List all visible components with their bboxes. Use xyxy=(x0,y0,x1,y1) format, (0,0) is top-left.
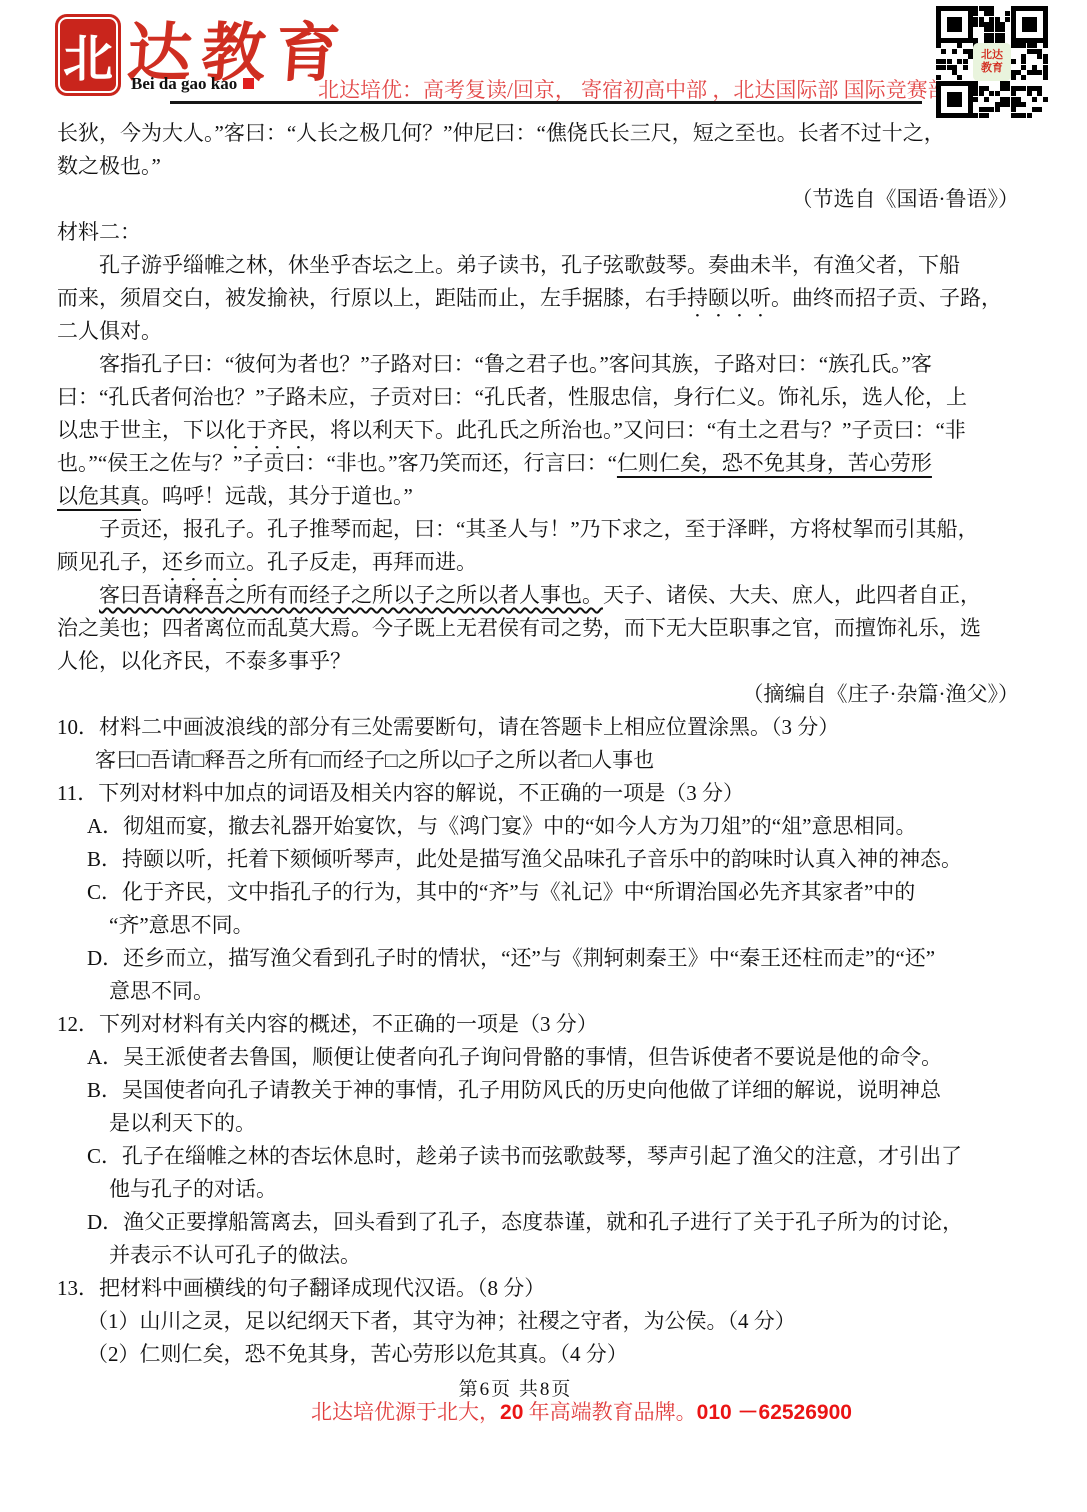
brand-seal-logo: 北 xyxy=(55,14,121,96)
text-line: A．吴王派使者去鲁国，顺便让使者向孔子询问骨骼的事情，但告诉使者不要说是他的命令… xyxy=(57,1041,1035,1074)
text-segment: D．渔父正要撑船篙离去，回头看到了孔子，态度恭谨，就和孔子进行了关于孔子所为的讨… xyxy=(87,1210,963,1234)
qr-module xyxy=(995,107,1000,112)
qr-module xyxy=(989,11,994,16)
text-segment: （节选自《国语·鲁语》） xyxy=(792,187,1020,211)
qr-module xyxy=(1005,102,1010,107)
qr-module xyxy=(1043,97,1048,102)
text-line: 也。”“侯王之佐与？”子贡曰：“非也。”客乃笑而还，行言曰：“仁则仁矣，恐不免其… xyxy=(57,447,1035,480)
text-line: C．化于齐民，文中指孔子的行为，其中的“齐”与《礼记》中“所谓治国必先齐其家者”… xyxy=(57,876,1035,909)
text-line: “齐”意思不同。 xyxy=(57,909,1035,942)
text-segment: B．持颐以听，托着下颏倾听琴声，此处是描写渔父品味孔子音乐中的韵味时认真入神的神… xyxy=(87,847,962,871)
text-line: 曰：“孔氏者何治也？”子路未应，子贡对曰：“孔氏者，性服忠信，身行仁义。饰礼乐，… xyxy=(57,381,1035,414)
qr-module xyxy=(1005,86,1010,91)
text-line: 材料二： xyxy=(57,216,1035,249)
qr-module xyxy=(1037,107,1042,112)
text-line: 治之美也；四者离位而乱莫大焉。今子既上无君侯有司之势，而下无大臣职事之官，而擅饰… xyxy=(57,612,1035,645)
text-line: D．渔父正要撑船篙离去，回头看到了孔子，态度恭谨，就和孔子进行了关于孔子所为的讨… xyxy=(57,1206,1035,1239)
text-segment: C．孔子在缁帷之林的杏坛休息时，趁弟子读书而弦歌鼓琴，琴声引起了渔父的注意，才引… xyxy=(87,1144,962,1168)
text-segment: 客指孔子曰：“彼何为者也？”子路对曰：“鲁之君子也。”客问其族，子路对曰：“族孔… xyxy=(99,352,932,376)
qr-module xyxy=(1021,86,1026,91)
qr-module xyxy=(989,91,994,96)
text-segment: “齐”意思不同。 xyxy=(109,913,254,937)
text-line: 客曰吾请释吾之所有而经子之所以子之所以者人事也。天子、诸侯、大夫、庶人，此四者自… xyxy=(57,579,1035,612)
text-segment-dots: 化于齐民 xyxy=(225,418,309,442)
brand-subtitle-text: Bei da gao kao xyxy=(131,74,237,93)
header-slogan: 北达培优：高考复读/回京， 寄宿初高中部 ，北达国际部 国际竞赛部 xyxy=(318,74,949,104)
text-line: D．还乡而立，描写渔父看到孔子时的情状，“还”与《荆轲刺秦王》中“秦王还柱而走”… xyxy=(57,942,1035,975)
qr-module xyxy=(1027,91,1032,96)
qr-module xyxy=(1005,17,1010,22)
text-segment: A．彻俎而宴，撤去礼器开始宴饮，与《鸿门宴》中的“如今人方为刀俎”的“俎”意思相… xyxy=(87,814,916,838)
qr-module xyxy=(936,75,941,80)
qr-module xyxy=(1032,97,1037,102)
qr-module xyxy=(973,91,978,96)
text-line: （2）仁则仁矣，恐不免其身，苦心劳形以危其真。（4 分） xyxy=(57,1338,1035,1371)
text-line: 10．材料二中画波浪线的部分有三处需要断句，请在答题卡上相应位置涂黑。（3 分） xyxy=(57,711,1035,744)
text-segment: C．化于齐民，文中指孔子的行为，其中的“齐”与《礼记》中“所谓治国必先齐其家者”… xyxy=(87,880,915,904)
qr-module xyxy=(947,59,952,64)
text-segment: 长狄，今为大人。”客曰：“人长之极几何？”仲尼曰：“僬侥氏长三尺，短之至也。长者… xyxy=(57,121,945,145)
qr-module xyxy=(957,43,962,48)
qr-module xyxy=(941,65,946,70)
text-segment: A．吴王派使者去鲁国，顺便让使者向孔子询问骨骼的事情，但告诉使者不要说是他的命令… xyxy=(87,1045,942,1069)
text-segment: 并表示不认可孔子的做法。 xyxy=(109,1243,361,1267)
text-segment: 天子、诸侯、大夫、庶人，此四者自正， xyxy=(603,583,981,607)
qr-module xyxy=(1043,75,1048,80)
footer-slogan-segment: 010 －62526900 xyxy=(697,1401,852,1424)
qr-module xyxy=(979,91,984,96)
text-line: 12．下列对材料有关内容的概述，不正确的一项是（3 分） xyxy=(57,1008,1035,1041)
text-line: 数之极也。” xyxy=(57,150,1035,183)
text-segment: 。孔子反走，再拜而进。 xyxy=(246,550,477,574)
qr-module xyxy=(1005,11,1010,16)
text-line: 是以利天下的。 xyxy=(57,1107,1035,1140)
text-segment: 而来，须眉交白，被发揄袂，行原以上，距陆而止，左手据膝，右手 xyxy=(57,286,687,310)
qr-module xyxy=(1043,59,1048,64)
text-segment: 以忠于世主，下以 xyxy=(57,418,225,442)
text-line: A．彻俎而宴，撤去礼器开始宴饮，与《鸿门宴》中的“如今人方为刀俎”的“俎”意思相… xyxy=(57,810,1035,843)
qr-module xyxy=(989,27,994,32)
text-line: 子贡还，报孔子。孔子推琴而起，曰：“其圣人与！”乃下求之，至于泽畔，方将杖挐而引… xyxy=(57,513,1035,546)
text-line: 他与孔子的对话。 xyxy=(57,1173,1035,1206)
qr-module xyxy=(995,91,1000,96)
text-segment: 他与孔子的对话。 xyxy=(109,1177,277,1201)
qr-module xyxy=(957,59,962,64)
text-segment-u: 以危其真 xyxy=(57,484,141,508)
text-segment: 孔子游乎缁帷之林，休坐乎杏坛之上。弟子读书，孔子弦歌鼓琴。奏曲未半，有渔父者，下… xyxy=(99,253,960,277)
text-line: C．孔子在缁帷之林的杏坛休息时，趁弟子读书而弦歌鼓琴，琴声引起了渔父的注意，才引… xyxy=(57,1140,1035,1173)
document-lines: 长狄，今为大人。”客曰：“人长之极几何？”仲尼曰：“僬侥氏长三尺，短之至也。长者… xyxy=(57,117,1035,1371)
text-segment: 治之美也；四者离位而乱莫大焉。今子既上无君侯有司之势，而下无大臣职事之官，而擅饰… xyxy=(57,616,981,640)
text-segment: （2）仁则仁矣，恐不免其身，苦心劳形以危其真。（4 分） xyxy=(87,1342,628,1366)
qr-center-logo: 北达教育 xyxy=(973,43,1011,81)
text-line: （1）山川之灵，足以纪纲天下者，其守为神；社稷之守者，为公侯。（4 分） xyxy=(57,1305,1035,1338)
text-line: 并表示不认可孔子的做法。 xyxy=(57,1239,1035,1272)
text-segment: 是以利天下的。 xyxy=(109,1111,256,1135)
red-square-icon xyxy=(243,78,254,89)
text-segment: 意思不同。 xyxy=(109,979,214,1003)
text-segment: D．还乡而立，描写渔父看到孔子时的情状，“还”与《荆轲刺秦王》中“秦王还柱而走”… xyxy=(87,946,935,970)
text-line: 以危其真。呜呼！远哉，其分于道也。” xyxy=(57,480,1035,513)
text-segment: 数之极也。” xyxy=(57,154,161,178)
qr-module xyxy=(941,59,946,64)
text-line: 以忠于世主，下以化于齐民，将以利天下。此孔氏之所治也。”又问曰：“有土之君与？”… xyxy=(57,414,1035,447)
text-line: 孔子游乎缁帷之林，休坐乎杏坛之上。弟子读书，孔子弦歌鼓琴。奏曲未半，有渔父者，下… xyxy=(57,249,1035,282)
text-line: 人伦，以化齐民，不泰多事乎？ xyxy=(57,645,1035,678)
text-segment-dots: 还乡而立 xyxy=(162,550,246,574)
text-line: 客指孔子曰：“彼何为者也？”子路对曰：“鲁之君子也。”客问其族，子路对曰：“族孔… xyxy=(57,348,1035,381)
qr-module xyxy=(973,97,978,102)
text-segment: 顾见孔子， xyxy=(57,550,162,574)
footer-slogan: 北达培优源于北大，20 年高端教育品牌。010 －62526900 xyxy=(38,1396,1087,1426)
qr-module xyxy=(957,75,962,80)
text-segment: （1）山川之灵，足以纪纲天下者，其守为神；社稷之守者，为公侯。（4 分） xyxy=(87,1309,796,1333)
qr-module xyxy=(973,22,978,27)
qr-module xyxy=(936,43,941,48)
qr-module xyxy=(1043,43,1048,48)
qr-module xyxy=(973,11,978,16)
text-segment: 材料二： xyxy=(57,220,141,244)
text-line: B．吴国使者向孔子请教关于神的事情，孔子用防风氏的历史向他做了详细的解说，说明神… xyxy=(57,1074,1035,1107)
text-segment: B．吴国使者向孔子请教关于神的事情，孔子用防风氏的历史向他做了详细的解说，说明神… xyxy=(87,1078,941,1102)
qr-module xyxy=(952,49,957,54)
text-segment-u: 仁则仁矣，恐不免其身，苦心劳形 xyxy=(617,451,932,475)
brand-subtitle: Bei da gao kao xyxy=(131,74,254,94)
qr-module xyxy=(1021,59,1026,64)
qr-module xyxy=(963,65,968,70)
text-line: 13．把材料中画横线的句子翻译成现代汉语。（8 分） xyxy=(57,1272,1035,1305)
qr-module xyxy=(1011,91,1016,96)
qr-module xyxy=(1000,27,1005,32)
text-segment: 10．材料二中画波浪线的部分有三处需要断句，请在答题卡上相应位置涂黑。（3 分） xyxy=(57,715,839,739)
text-segment: 也。”“侯王之佐与？”子贡曰：“非也。”客乃笑而还，行言曰：“ xyxy=(57,451,617,475)
qr-module xyxy=(1021,75,1026,80)
qr-module xyxy=(1011,107,1016,112)
text-line: 二人俱对。 xyxy=(57,315,1035,348)
qr-center-text: 北达教育 xyxy=(980,49,1004,75)
qr-finder-icon xyxy=(936,6,973,43)
qr-module xyxy=(1021,43,1026,48)
footer-slogan-segment: 年高端教育品牌。 xyxy=(523,1400,696,1424)
qr-module xyxy=(1021,65,1026,70)
text-segment: （摘编自《庄子·杂篇·渔父》） xyxy=(743,682,1020,706)
text-segment: 11．下列对材料中加点的词语及相关内容的解说，不正确的一项是（3 分） xyxy=(57,781,744,805)
text-line: 顾见孔子，还乡而立。孔子反走，再拜而进。 xyxy=(57,546,1035,579)
text-segment: 。曲终而招子贡、子路， xyxy=(771,286,1002,310)
text-segment: 。呜呼！远哉，其分于道也。” xyxy=(141,484,413,508)
qr-module xyxy=(984,97,989,102)
text-line: （节选自《国语·鲁语》） xyxy=(57,183,1035,216)
text-segment-wavy: 客曰吾请释吾之所有而经子之所以子之所以者人事也。 xyxy=(99,583,603,607)
text-segment: ，将以利天下。此孔氏之所治也。”又问曰：“有土之君与？”子贡曰：“非 xyxy=(309,418,966,442)
text-segment: 曰：“孔氏者何治也？”子路未应，子贡对曰：“孔氏者，性服忠信，身行仁义。饰礼乐，… xyxy=(57,385,967,409)
header-divider xyxy=(170,101,922,104)
text-line: 长狄，今为大人。”客曰：“人长之极几何？”仲尼曰：“僬侥氏长三尺，短之至也。长者… xyxy=(57,117,1035,150)
qr-module xyxy=(989,107,994,112)
qr-module xyxy=(963,59,968,64)
text-line: （摘编自《庄子·杂篇·渔父》） xyxy=(57,678,1035,711)
qr-module xyxy=(1032,43,1037,48)
text-segment: 12．下列对材料有关内容的概述，不正确的一项是（3 分） xyxy=(57,1012,598,1036)
qr-module xyxy=(1011,59,1016,64)
text-segment: 二人俱对。 xyxy=(57,319,162,343)
qr-module xyxy=(1037,54,1042,59)
text-line: 客曰□吾请□释吾之所有□而经子□之所以□子之所以者□人事也 xyxy=(57,744,1035,777)
qr-module xyxy=(1011,75,1016,80)
text-segment-dots: 持颐以听 xyxy=(687,286,771,310)
qr-finder-icon xyxy=(1011,6,1048,43)
qr-module xyxy=(1037,70,1042,75)
qr-code: 北达教育 xyxy=(936,6,1048,118)
footer-slogan-segment: 20 xyxy=(500,1401,523,1424)
text-line: 而来，须眉交白，被发揄袂，行原以上，距陆而止，左手据膝，右手持颐以听。曲终而招子… xyxy=(57,282,1035,315)
text-line: 意思不同。 xyxy=(57,975,1035,1008)
text-segment: 客曰□吾请□释吾之所有□而经子□之所以□子之所以者□人事也 xyxy=(95,748,654,772)
footer-slogan-segment: 北达培优源于北大， xyxy=(311,1400,500,1424)
text-line: B．持颐以听，托着下颏倾听琴声，此处是描写渔父品味孔子音乐中的韵味时认真入神的神… xyxy=(57,843,1035,876)
qr-finder-icon xyxy=(936,81,973,118)
text-segment: 子贡还，报孔子。孔子推琴而起，曰：“其圣人与！”乃下求之，至于泽畔，方将杖挐而引… xyxy=(99,517,979,541)
seal-character: 北 xyxy=(63,19,113,91)
exam-page: 北 达教育 Bei da gao kao 北达培优：高考复读/回京， 寄宿初高中… xyxy=(0,0,1087,1512)
qr-module xyxy=(1021,102,1026,107)
text-segment: 13．把材料中画横线的句子翻译成现代汉语。（8 分） xyxy=(57,1276,545,1300)
text-line: 11．下列对材料中加点的词语及相关内容的解说，不正确的一项是（3 分） xyxy=(57,777,1035,810)
qr-module xyxy=(1037,91,1042,96)
qr-module xyxy=(941,49,946,54)
text-segment: 人伦，以化齐民，不泰多事乎？ xyxy=(57,649,351,673)
